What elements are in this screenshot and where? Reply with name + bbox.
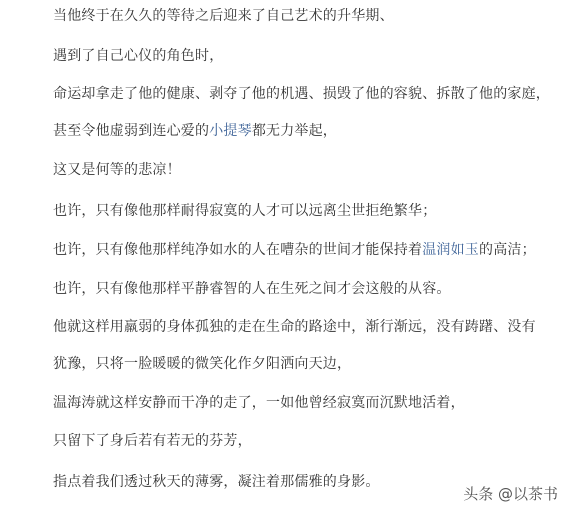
paragraph-line: 也许，只有像他那样纯净如水的人在嘈杂的世间才能保持着温润如玉的高洁； — [53, 240, 536, 260]
wenrunruyu-link[interactable]: 温润如玉 — [422, 242, 479, 258]
paragraph-line: 只留下了身后若有若无的芬芳， — [53, 431, 252, 451]
paragraph-line: 当他终于在久久的等待之后迎来了自己艺术的升华期、 — [53, 6, 394, 26]
text-segment: 都无力举起， — [252, 123, 337, 139]
paragraph-line: 犹豫，只将一脸暖暖的微笑化作夕阳洒向天边， — [53, 354, 351, 374]
source-watermark: 头条 @以茶书 — [463, 483, 558, 504]
paragraph-line: 也许，只有像他那样平静睿智的人在生死之间才会这般的从容。 — [53, 279, 451, 299]
paragraph-line: 甚至令他虚弱到连心爱的小提琴都无力举起， — [53, 121, 337, 141]
violin-link[interactable]: 小提琴 — [209, 123, 252, 139]
paragraph-line: 他就这样用羸弱的身体孤独的走在生命的路途中，渐行渐远，没有踌躇、没有 — [53, 317, 536, 337]
paragraph-line: 这又是何等的悲凉！ — [53, 160, 181, 180]
paragraph-line: 指点着我们透过秋天的薄雾，凝注着那儒雅的身影。 — [53, 472, 380, 492]
text-segment: 也许，只有像他那样纯净如水的人在嘈杂的世间才能保持着 — [53, 242, 422, 258]
text-segment: 的高洁； — [479, 242, 536, 258]
paragraph-line: 温海涛就这样安静而干净的走了，一如他曾经寂寞而沉默地活着， — [53, 393, 465, 413]
text-segment: 甚至令他虚弱到连心爱的 — [53, 123, 209, 139]
paragraph-line: 命运却拿走了他的健康、剥夺了他的机遇、损毁了他的容貌、拆散了他的家庭， — [53, 84, 550, 104]
paragraph-line: 遇到了自己心仪的角色时， — [53, 46, 223, 66]
paragraph-line: 也许，只有像他那样耐得寂寞的人才可以远离尘世拒绝繁华； — [53, 201, 436, 221]
